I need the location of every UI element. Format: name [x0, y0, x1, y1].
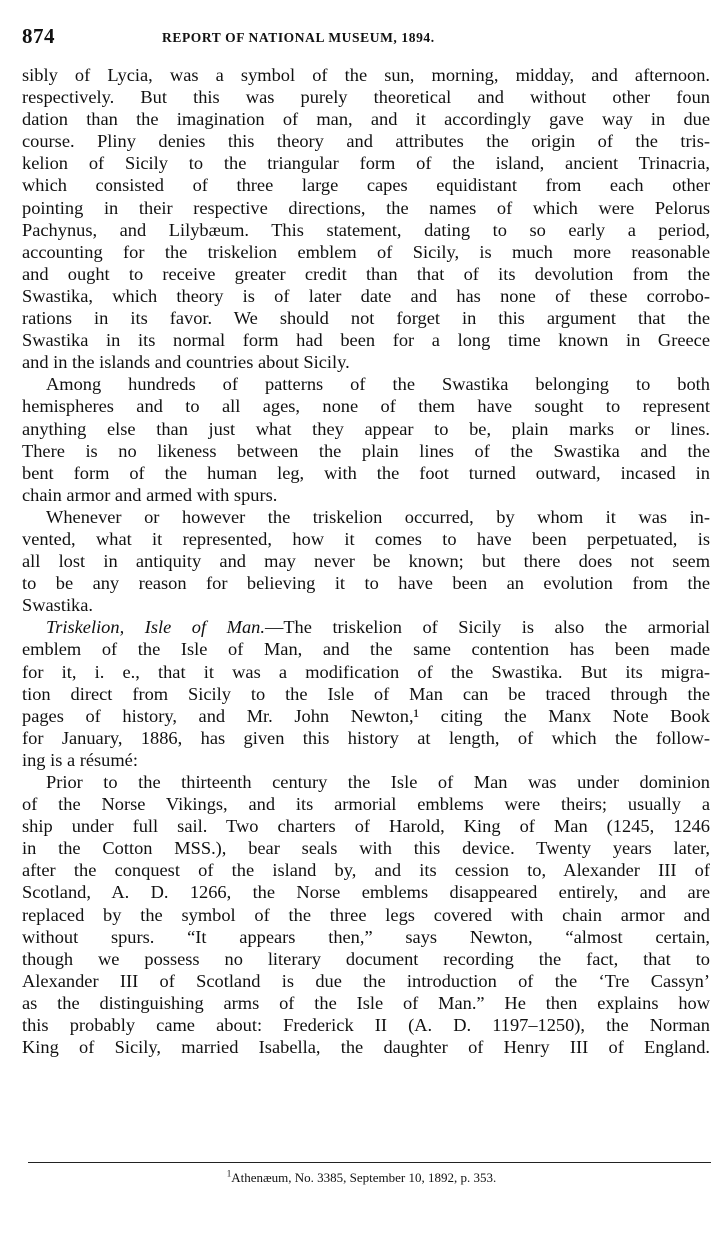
text-line: Prior to the thirteenth century the Isle…	[22, 771, 710, 793]
text-line: to be any reason for believing it to hav…	[22, 572, 710, 594]
line-text: Prior to the thirteenth century the Isle…	[46, 772, 710, 792]
text-line: all lost in antiquity and may never be k…	[22, 550, 710, 572]
text-line: King of Sicily, married Isabella, the da…	[22, 1036, 710, 1058]
line-text: course. Pliny denies this theory and att…	[22, 131, 710, 151]
text-line: Alexander III of Scotland is due the int…	[22, 970, 710, 992]
line-text: this probably came about: Frederick II (…	[22, 1015, 710, 1035]
line-text: dation than the imagination of man, and …	[22, 109, 710, 129]
text-line: as the distinguishing arms of the Isle o…	[22, 992, 710, 1014]
line-text: pages of history, and Mr. John Newton,¹ …	[22, 706, 710, 726]
line-text: and ought to receive greater credit than…	[22, 264, 710, 284]
line-text: replaced by the symbol of the three legs…	[22, 905, 710, 925]
line-text: pointing in their respective directions,…	[22, 198, 710, 218]
line-text: without spurs. “It appears then,” says N…	[22, 927, 710, 947]
text-line: of the Norse Vikings, and its armorial e…	[22, 793, 710, 815]
text-line: for January, 1886, has given this histor…	[22, 727, 710, 749]
text-line: without spurs. “It appears then,” says N…	[22, 926, 710, 948]
line-text: to be any reason for believing it to hav…	[22, 573, 710, 593]
text-line: Among hundreds of patterns of the Swasti…	[22, 373, 710, 395]
text-line: hemispheres and to all ages, none of the…	[22, 395, 710, 417]
line-text: Pachynus, and Lilybæum. This statement, …	[22, 220, 710, 240]
text-line: Whenever or however the triskelion occur…	[22, 506, 710, 528]
line-text: vented, what it represented, how it come…	[22, 529, 710, 549]
text-line: anything else than just what they appear…	[22, 418, 710, 440]
text-line: kelion of Sicily to the triangular form …	[22, 152, 710, 174]
line-text: The triskelion of Sicily is also the arm…	[283, 617, 710, 637]
running-head: REPORT OF NATIONAL MUSEUM, 1894.	[162, 30, 435, 46]
line-text: There is no likeness between the plain l…	[22, 441, 710, 461]
text-line: in the Cotton MSS.), bear seals with thi…	[22, 837, 710, 859]
text-line: Triskelion, Isle of Man.—The triskelion …	[22, 616, 710, 638]
text-line: There is no likeness between the plain l…	[22, 440, 710, 462]
footnote-text: Athenæum, No. 3385, September 10, 1892, …	[231, 1170, 496, 1185]
line-text: Whenever or however the triskelion occur…	[46, 507, 710, 527]
line-text: in the Cotton MSS.), bear seals with thi…	[22, 838, 710, 858]
line-text: of the Norse Vikings, and its armorial e…	[22, 794, 710, 814]
text-line: chain armor and armed with spurs.	[22, 484, 710, 506]
line-text: Swastika in its normal form had been for…	[22, 330, 710, 350]
text-line: Scotland, A. D. 1266, the Norse emblems …	[22, 881, 710, 903]
line-text: kelion of Sicily to the triangular form …	[22, 153, 710, 173]
line-text: chain armor and armed with spurs.	[22, 485, 277, 505]
line-text: King of Sicily, married Isabella, the da…	[22, 1037, 710, 1057]
page-number: 874	[22, 24, 55, 49]
page-header: 874 REPORT OF NATIONAL MUSEUM, 1894.	[22, 24, 712, 50]
body-text: sibly of Lycia, was a symbol of the sun,…	[22, 64, 710, 1058]
text-line: ing is a résumé:	[22, 749, 710, 771]
heading-dash: —	[265, 617, 283, 637]
line-text: as the distinguishing arms of the Isle o…	[22, 993, 710, 1013]
text-line: vented, what it represented, how it come…	[22, 528, 710, 550]
line-text: Swastika, which theory is of later date …	[22, 286, 710, 306]
text-line: accounting for the triskelion emblem of …	[22, 241, 710, 263]
text-line: ship under full sail. Two charters of Ha…	[22, 815, 710, 837]
text-line: which consisted of three large capes equ…	[22, 174, 710, 196]
line-text: which consisted of three large capes equ…	[22, 175, 710, 195]
text-line: though we possess no literary document r…	[22, 948, 710, 970]
text-line: emblem of the Isle of Man, and the same …	[22, 638, 710, 660]
text-line: respectively. But this was purely theore…	[22, 86, 710, 108]
line-text: respectively. But this was purely theore…	[22, 87, 710, 107]
line-text: Scotland, A. D. 1266, the Norse emblems …	[22, 882, 710, 902]
line-text: all lost in antiquity and may never be k…	[22, 551, 710, 571]
text-line: and ought to receive greater credit than…	[22, 263, 710, 285]
line-text: Among hundreds of patterns of the Swasti…	[46, 374, 710, 394]
text-line: Swastika, which theory is of later date …	[22, 285, 710, 307]
line-text: sibly of Lycia, was a symbol of the sun,…	[22, 65, 710, 85]
line-text: ship under full sail. Two charters of Ha…	[22, 816, 710, 836]
line-text: Swastika.	[22, 595, 93, 615]
text-line: tion direct from Sicily to the Isle of M…	[22, 683, 710, 705]
line-text: anything else than just what they appear…	[22, 419, 710, 439]
footnote-divider	[28, 1162, 711, 1163]
text-line: and in the islands and countries about S…	[22, 351, 710, 373]
line-text: ing is a résumé:	[22, 750, 138, 770]
text-line: Pachynus, and Lilybæum. This statement, …	[22, 219, 710, 241]
line-text: tion direct from Sicily to the Isle of M…	[22, 684, 710, 704]
line-text: and in the islands and countries about S…	[22, 352, 350, 372]
text-line: for it, i. e., that it was a modificatio…	[22, 661, 710, 683]
text-line: dation than the imagination of man, and …	[22, 108, 710, 130]
text-line: rations in its favor. We should not forg…	[22, 307, 710, 329]
text-line: sibly of Lycia, was a symbol of the sun,…	[22, 64, 710, 86]
section-heading: Triskelion, Isle of Man.	[46, 617, 265, 637]
text-line: pages of history, and Mr. John Newton,¹ …	[22, 705, 710, 727]
line-text: emblem of the Isle of Man, and the same …	[22, 639, 710, 659]
text-line: after the conquest of the island by, and…	[22, 859, 710, 881]
text-line: pointing in their respective directions,…	[22, 197, 710, 219]
line-text: rations in its favor. We should not forg…	[22, 308, 710, 328]
line-text: accounting for the triskelion emblem of …	[22, 242, 710, 262]
footnote: 1Athenæum, No. 3385, September 10, 1892,…	[0, 1170, 723, 1186]
line-text: after the conquest of the island by, and…	[22, 860, 710, 880]
text-line: this probably came about: Frederick II (…	[22, 1014, 710, 1036]
line-text: for January, 1886, has given this histor…	[22, 728, 710, 748]
line-text: bent form of the human leg, with the foo…	[22, 463, 710, 483]
line-text: hemispheres and to all ages, none of the…	[22, 396, 710, 416]
text-line: replaced by the symbol of the three legs…	[22, 904, 710, 926]
line-text: though we possess no literary document r…	[22, 949, 710, 969]
text-line: bent form of the human leg, with the foo…	[22, 462, 710, 484]
text-line: Swastika.	[22, 594, 710, 616]
line-text: for it, i. e., that it was a modificatio…	[22, 662, 710, 682]
text-line: course. Pliny denies this theory and att…	[22, 130, 710, 152]
line-text: Alexander III of Scotland is due the int…	[22, 971, 710, 991]
text-line: Swastika in its normal form had been for…	[22, 329, 710, 351]
